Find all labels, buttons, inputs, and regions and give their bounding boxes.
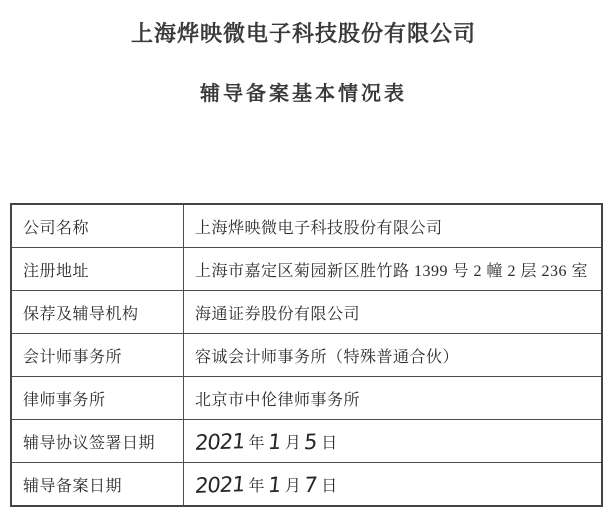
month-unit-label: 月 [285, 478, 302, 495]
day-unit-label: 日 [321, 435, 338, 452]
row-value: 容诚会计师事务所（特殊普通合伙） [184, 334, 603, 377]
row-label: 注册地址 [11, 248, 184, 291]
handwritten-month: 1 [267, 474, 283, 496]
handwritten-month: 1 [267, 431, 283, 453]
handwritten-year: 2021 [194, 474, 246, 497]
table-row-company-name: 公司名称 上海烨映微电子科技股份有限公司 [11, 204, 602, 248]
handwritten-year: 2021 [194, 431, 246, 454]
row-label: 公司名称 [11, 204, 184, 248]
day-unit-label: 日 [321, 478, 338, 495]
row-value-date: 2021年1月5日 [184, 420, 603, 463]
row-label: 辅导协议签署日期 [11, 420, 184, 463]
table-row-law-firm: 律师事务所 北京市中伦律师事务所 [11, 377, 602, 420]
table-row-accounting-firm: 会计师事务所 容诚会计师事务所（特殊普通合伙） [11, 334, 602, 377]
row-value: 上海市嘉定区菊园新区胜竹路 1399 号 2 幢 2 层 236 室 [184, 248, 603, 291]
table-row-sponsor-institution: 保荐及辅导机构 海通证券股份有限公司 [11, 291, 602, 334]
table-row-registered-address: 注册地址 上海市嘉定区菊园新区胜竹路 1399 号 2 幢 2 层 236 室 [11, 248, 602, 291]
row-value: 海通证券股份有限公司 [184, 291, 603, 334]
handwritten-day: 5 [303, 431, 319, 453]
row-label: 辅导备案日期 [11, 463, 184, 507]
table-row-agreement-signing-date: 辅导协议签署日期 2021年1月5日 [11, 420, 602, 463]
year-unit-label: 年 [248, 435, 265, 452]
year-unit-label: 年 [248, 478, 265, 495]
row-label: 会计师事务所 [11, 334, 184, 377]
document-title: 上海烨映微电子科技股份有限公司 [0, 17, 607, 48]
document-subtitle: 辅导备案基本情况表 [0, 77, 607, 106]
row-label: 保荐及辅导机构 [11, 291, 184, 334]
row-value-date: 2021年1月7日 [184, 463, 603, 507]
row-value: 上海烨映微电子科技股份有限公司 [184, 204, 603, 248]
handwritten-day: 7 [303, 474, 319, 496]
row-label: 律师事务所 [11, 377, 184, 420]
info-table: 公司名称 上海烨映微电子科技股份有限公司 注册地址 上海市嘉定区菊园新区胜竹路 … [10, 203, 603, 507]
month-unit-label: 月 [285, 435, 302, 452]
row-value: 北京市中伦律师事务所 [184, 377, 603, 420]
table-row-filing-date: 辅导备案日期 2021年1月7日 [11, 463, 602, 507]
